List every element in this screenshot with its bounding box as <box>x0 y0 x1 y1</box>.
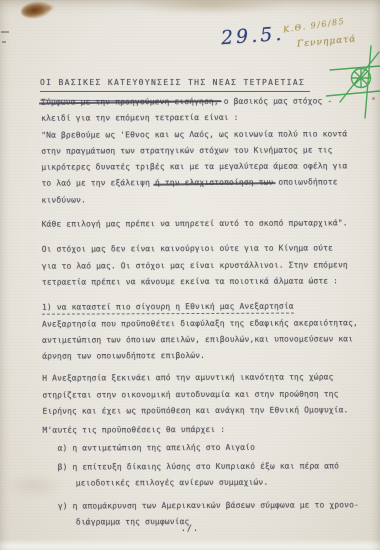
handwritten-initials-date: Κ.Θ. 9/6/85 <box>283 17 346 35</box>
text-line: Ανεξαρτησία που προϋποθέτει διαφύλαξη τη… <box>42 315 358 333</box>
text-line: Σύμφωνα με την προηγούμενη εισήγηση, ο β… <box>41 93 357 111</box>
text-line: "Να βρεθούμε ως 'Εθνος και ως Λαός, ως κ… <box>41 126 357 144</box>
text-line: μειοδοτικές επιλογές ανίερων συμμαχιών. <box>76 475 359 493</box>
paragraph-4: Ανεξαρτησία που προϋποθέτει διαφύλαξη τη… <box>42 315 358 365</box>
paragraph-6: Μ'αυτές τις προϋποθέσεις θα υπάρχει : <box>42 422 358 440</box>
text-segment: οποιωνδήποτε <box>273 178 337 187</box>
text-line: αντιμετώπιση των όποιων απειλών, επιβουλ… <box>42 331 358 349</box>
ink-stain <box>20 0 52 20</box>
paragraph-2: Κάθε επιλογή μας πρέπει να υπηρετεί αυτό… <box>42 215 358 233</box>
struck-text: ή την ελαχιστοποίηση των <box>155 178 274 188</box>
struck-text: Σύμφωνα με την προηγούμενη εισήγηση, <box>41 97 219 107</box>
handwritten-date: 29.5. <box>220 23 285 49</box>
document-body: Σύμφωνα με την προηγούμενη εισήγηση, ο β… <box>41 93 359 531</box>
pencil-speck <box>2 41 6 43</box>
document-title: ΟΙ ΒΑΣΙΚΕΣ ΚΑΤΕΥΘΥΝΣΕΙΣ ΤΗΣ ΝΕΑΣ ΤΕΤΡΑΕΤ… <box>40 78 310 92</box>
section-heading-1: 1) να καταστεί πιο σίγουρη η Εθνική μας … <box>42 299 358 317</box>
heading-text: 1) να καταστεί πιο σίγουρη η Εθνική μας … <box>42 302 294 315</box>
text-segment: ο βασικός μας στόχος - <box>219 96 333 105</box>
text-line: άρνηση των οποιωνδήποτε επιβολών. <box>42 347 358 365</box>
text-line: κινδύνων. <box>41 191 357 209</box>
text-line: β) η επίτευξη δίκαιης λύσης στο Κυπριακό… <box>58 458 359 476</box>
scan-edge <box>0 539 380 550</box>
paragraph-1: Σύμφωνα με την προηγούμενη εισήγηση, ο β… <box>41 93 358 208</box>
list-item-b: β) η επίτευξη δίκαιης λύσης στο Κυπριακό… <box>43 458 359 492</box>
scanned-document-page: 29.5. Κ.Θ. 9/6/85 Γεννηματά ΟΙ ΒΑΣΙΚΕΣ Κ… <box>0 0 380 550</box>
text-line: μικρότερες δυνατές τριβές και με τα μεγα… <box>41 158 357 176</box>
text-line: γ) η απομάκρυνση των Αμερικανικών βάσεων… <box>58 497 359 515</box>
text-line: στηρίζεται στην οικονομική αυτοδυναμία κ… <box>42 386 358 404</box>
text-line: Ειρήνης και έχει ως προϋπόθεση και ανάγκ… <box>42 402 358 420</box>
text-segment: το λαό με την εξάλειψη <box>41 179 155 188</box>
paragraph-5: Η Ανεξαρτησία ξεκινάει από την αμυντική … <box>42 370 358 420</box>
page-continuation-mark: ./. <box>0 524 380 534</box>
top-smudge <box>130 0 290 14</box>
text-line: τετραετία πρέπει να κάνουμε εκείνα τα πο… <box>42 273 358 291</box>
list-item-a: α) η αντιμετώπιση της απειλής στο Αιγαίο <box>58 439 359 457</box>
text-line: κλειδί για την επόμενη τετραετία είναι : <box>41 110 357 128</box>
pencil-speck <box>1 31 9 33</box>
text-line: Οι στόχοι μας δεν είναι καινούργιοι ούτε… <box>42 241 358 259</box>
text-line: Η Ανεξαρτησία ξεκινάει από την αμυντική … <box>42 370 358 388</box>
text-line: για το λαό μας. Οι στόχοι μας είναι κρυσ… <box>42 257 358 275</box>
text-line: στην πραγμάτωση των στρατηγικών στόχων τ… <box>41 142 357 160</box>
text-line: το λαό με την εξάλειψη ή την ελαχιστοποί… <box>41 175 357 193</box>
stray-asterisk: * <box>84 521 89 531</box>
paragraph-3: Οι στόχοι μας δεν είναι καινούργιοι ούτε… <box>42 241 358 291</box>
